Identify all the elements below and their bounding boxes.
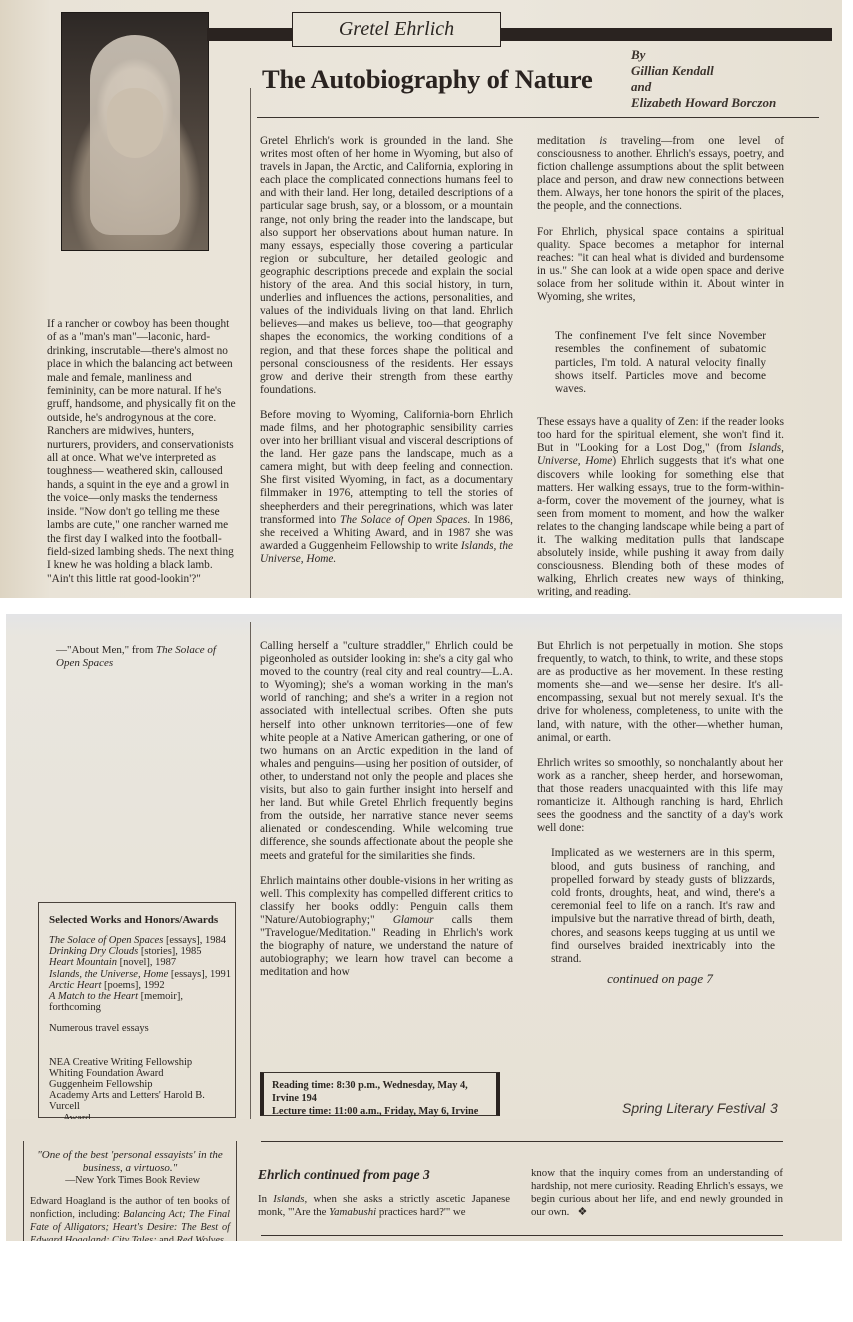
lecture-time: Lecture time: 11:00 a.m., Friday, May 6,…: [272, 1105, 496, 1119]
paragraph: Ehrlich maintains other double-visions i…: [260, 875, 513, 980]
works-box-title: Selected Works and Honors/Awards: [49, 914, 235, 926]
paragraph: Calling herself a "culture straddler," E…: [260, 640, 513, 863]
honor-item: Academy Arts and Letters' Harold B. Vurc…: [49, 1090, 235, 1112]
text: practices hard?'" we: [376, 1206, 465, 1218]
work-title: Arctic Heart: [49, 980, 101, 991]
page-one-clipping: Gretel Ehrlich The Autobiography of Natu…: [0, 0, 842, 598]
continuation-right-text: know that the inquiry comes from an unde…: [531, 1167, 783, 1219]
work-detail: [essays], 1991: [168, 969, 231, 980]
selected-works-box: Selected Works and Honors/Awards The Sol…: [38, 902, 236, 1118]
byline-author-2: Elizabeth Howard Borczon: [631, 95, 776, 111]
quote-attribution: —"About Men," from The Solace of Open Sp…: [56, 644, 226, 670]
work-item: Arctic Heart [poems], 1992: [49, 980, 235, 991]
page-number: 3: [770, 1100, 778, 1116]
column-divider: [250, 622, 251, 1119]
text: Before moving to Wyoming, California-bor…: [260, 409, 513, 526]
article-column-3-continued: But Ehrlich is not perpetually in motion…: [537, 640, 783, 985]
continuation-left-text: In Islands, when she asks a strictly asc…: [258, 1193, 510, 1219]
work-title: The Solace of Open Spaces: [49, 935, 163, 946]
page-two-clipping: —"About Men," from The Solace of Open Sp…: [6, 614, 842, 1119]
paragraph: Gretel Ehrlich's work is grounded in the…: [260, 135, 513, 397]
continuation-top-rule: [261, 1141, 783, 1142]
article-column-3: meditation is traveling—from one level o…: [537, 135, 784, 598]
book-title: Red Wolves: [177, 1235, 224, 1241]
page-seven-clipping: "One of the best 'personal essayists' in…: [6, 1119, 842, 1241]
honor-item: NEA Creative Writing Fellowship: [49, 1057, 235, 1068]
article-column-2: Gretel Ehrlich's work is grounded in the…: [260, 135, 513, 578]
byline-author-1: Gillian Kendall: [631, 63, 776, 79]
sidebar-quote-text: If a rancher or cowboy has been thought …: [47, 318, 239, 586]
continuation-bottom-rule: [261, 1235, 783, 1236]
honors-list: NEA Creative Writing Fellowship Whiting …: [49, 1057, 235, 1119]
work-detail: [essays], 1984: [163, 935, 226, 946]
work-detail: [poems], 1992: [101, 980, 164, 991]
header-bar-right: [499, 28, 832, 41]
sidebar-quote: If a rancher or cowboy has been thought …: [47, 318, 239, 586]
works-list: The Solace of Open Spaces [essays], 1984…: [49, 935, 235, 1119]
hoagland-quote: "One of the best 'personal essayists' in…: [30, 1149, 230, 1175]
paragraph: These essays have a quality of Zen: if t…: [537, 416, 784, 598]
book-title: The Solace of Open Spaces.: [340, 514, 470, 526]
text: and: [157, 1235, 177, 1241]
block-quote: Implicated as we westerners are in this …: [551, 847, 775, 966]
emphasis: is: [599, 135, 607, 147]
photo-face: [107, 88, 163, 158]
header-bar-left: [207, 28, 293, 41]
headline-rule: [257, 117, 819, 118]
event-times-box: Reading time: 8:30 p.m., Wednesday, May …: [260, 1072, 500, 1116]
work-item: Islands, the Universe, Home [essays], 19…: [49, 969, 235, 980]
work-item: A Match to the Heart [memoir], forthcomi…: [49, 991, 235, 1013]
term: Yamabushi: [329, 1206, 376, 1218]
block-quote: The confinement I've felt since November…: [555, 330, 766, 396]
text: ) Ehrlich suggests that it's what one di…: [537, 455, 784, 598]
paragraph: Before moving to Wyoming, California-bor…: [260, 409, 513, 566]
work-item: The Solace of Open Spaces [essays], 1984: [49, 935, 235, 946]
paragraph: For Ehrlich, physical space contains a s…: [537, 226, 784, 305]
continued-link[interactable]: continued on page 7: [537, 972, 783, 985]
hoagland-bio: Edward Hoagland is the author of ten boo…: [30, 1195, 230, 1241]
author-photo: [61, 12, 209, 251]
quote-source: —New York Times Book Review: [30, 1175, 230, 1187]
byline-by: By: [631, 47, 776, 63]
end-mark-icon: ❖: [578, 1206, 588, 1218]
paragraph: But Ehrlich is not perpetually in motion…: [537, 640, 783, 745]
work-detail: [stories], 1985: [138, 946, 201, 957]
honor-item: Whiting Foundation Award: [49, 1068, 235, 1079]
byline: By Gillian Kendall and Elizabeth Howard …: [631, 47, 776, 111]
honor-item: Guggenheim Fellowship: [49, 1079, 235, 1090]
work-item: Drinking Dry Clouds [stories], 1985: [49, 946, 235, 957]
work-item: Heart Mountain [novel], 1987: [49, 957, 235, 968]
column-divider: [250, 88, 251, 598]
work-title: A Match to the Heart: [49, 991, 138, 1002]
author-name-box: Gretel Ehrlich: [292, 12, 501, 47]
article-headline: The Autobiography of Nature: [262, 64, 593, 95]
work-title: Drinking Dry Clouds: [49, 946, 138, 957]
work-title: Islands, the Universe, Home: [49, 969, 168, 980]
magazine-title: Glamour: [393, 914, 434, 926]
paragraph: meditation is traveling—from one level o…: [537, 135, 784, 214]
text: These essays have a quality of Zen: if t…: [537, 416, 784, 454]
attribution-text: —"About Men," from: [56, 644, 156, 656]
paragraph: Ehrlich writes so smoothly, so nonchalan…: [537, 757, 783, 836]
work-title: Heart Mountain: [49, 957, 117, 968]
text: meditation: [537, 135, 599, 147]
byline-and: and: [631, 79, 776, 95]
work-detail: [novel], 1987: [117, 957, 176, 968]
text: know that the inquiry comes from an unde…: [531, 1167, 783, 1218]
book-title: Islands,: [273, 1193, 307, 1205]
continuation-heading: Ehrlich continued from page 3: [258, 1167, 430, 1183]
travel-essays-note: Numerous travel essays: [49, 1023, 235, 1034]
text: In: [258, 1193, 273, 1205]
article-column-2-continued: Calling herself a "culture straddler," E…: [260, 640, 513, 991]
reading-time: Reading time: 8:30 p.m., Wednesday, May …: [272, 1079, 496, 1105]
hoagland-box: "One of the best 'personal essayists' in…: [23, 1141, 237, 1241]
festival-name: Spring Literary Festival: [622, 1100, 765, 1116]
